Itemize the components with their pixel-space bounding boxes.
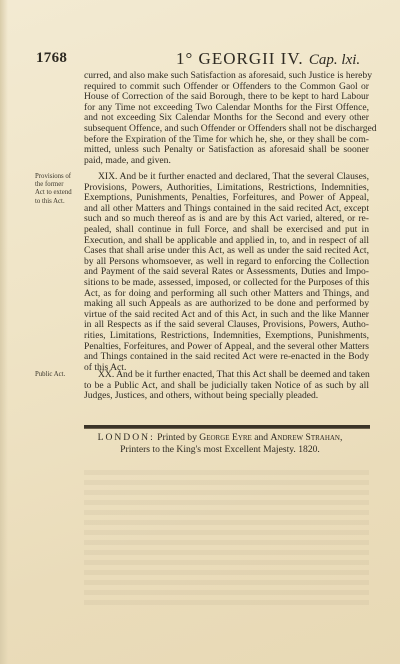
regnal-title: 1° GEORGII IV. xyxy=(176,49,304,68)
text-line: and Things contained in the said recited… xyxy=(84,352,369,363)
section-xx-paragraph: XX. And be it further enacted, That this… xyxy=(84,370,369,402)
chapter-number: Cap. lxi. xyxy=(309,52,360,68)
imprint-line-1: LONDON: Printed by George Eyre and Andre… xyxy=(60,432,380,444)
imprint-year: 1820. xyxy=(298,444,320,455)
sidenote-line: Act to extend xyxy=(35,189,83,197)
sidenote-section-xix: Provisions of the former Act to extend t… xyxy=(35,173,83,206)
text-line: sitions to be made, assessed, imposed, o… xyxy=(84,278,369,289)
page-header: 1768 1° GEORGII IV. Cap. lxi. xyxy=(36,50,370,70)
imprint-printers-to: Printers to the King's most Excellent Ma… xyxy=(120,444,296,455)
text-line: paid, made, and given. xyxy=(84,156,369,167)
running-title: 1° GEORGII IV. Cap. lxi. xyxy=(176,49,360,69)
text-line: curred, and also make such Satisfaction … xyxy=(84,71,369,82)
page-number: 1768 xyxy=(36,50,67,67)
text-line: XX. And be it further enacted, That this… xyxy=(84,370,369,381)
imprint-and: and xyxy=(254,432,268,443)
continuation-paragraph: curred, and also make such Satisfaction … xyxy=(84,71,369,166)
text-line: Judges, Justices, and others, without be… xyxy=(84,391,369,402)
printer-imprint: LONDON: Printed by George Eyre and Andre… xyxy=(60,432,380,456)
sidenote-line: Public Act. xyxy=(35,371,83,379)
imprint-rule xyxy=(84,425,370,429)
sidenote-section-xx: Public Act. xyxy=(35,371,83,379)
imprint-line-2: Printers to the King's most Excellent Ma… xyxy=(60,444,380,456)
text-line: subsequent Offence, and such Offender or… xyxy=(84,124,369,135)
sidenote-line: to this Act. xyxy=(35,198,83,206)
text-line: rities, Limitations, Restrictions, Indem… xyxy=(84,331,369,342)
text-line: XIX. And be it further enacted and decla… xyxy=(84,172,369,183)
imprint-city: LONDON: xyxy=(98,432,155,443)
imprint-printer-1: George Eyre xyxy=(199,432,252,443)
sidenote-line: Provisions of xyxy=(35,173,83,181)
section-xix-paragraph: XIX. And be it further enacted and decla… xyxy=(84,172,369,373)
sidenote-line: the former xyxy=(35,181,83,189)
show-through-text xyxy=(84,470,369,610)
imprint-printer-2: Andrew Strahan, xyxy=(271,432,343,443)
page-edge-shadow xyxy=(0,0,8,664)
imprint-printed-by: Printed by xyxy=(157,432,197,443)
text-line: pealed, shall continue in full Force, an… xyxy=(84,225,369,236)
